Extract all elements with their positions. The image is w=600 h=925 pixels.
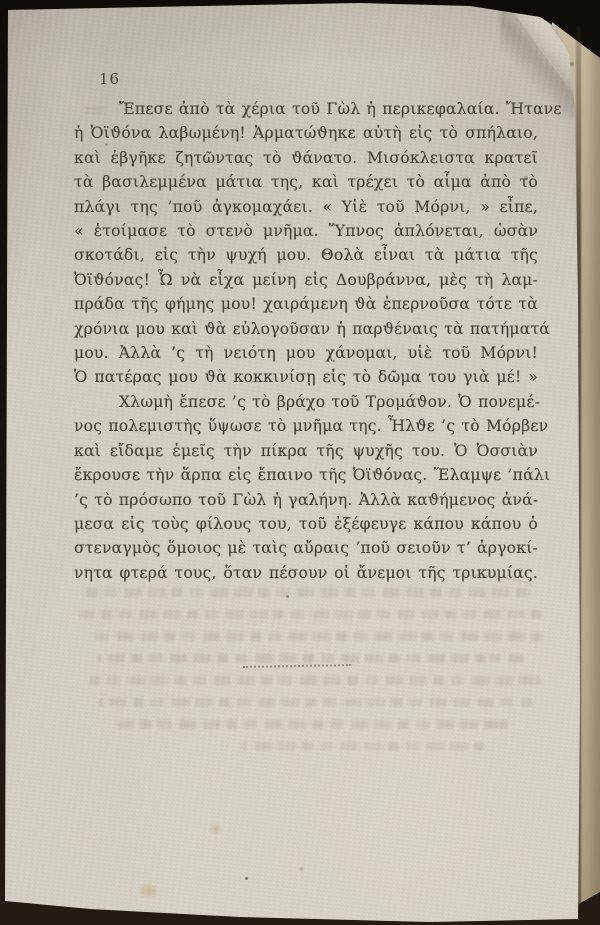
book-page: 16 Ἔπεσε ἀπὸ τὰ χέρια τοῦ Γὼλ ἡ περικεφα… xyxy=(0,0,600,925)
show-through-mark xyxy=(84,107,104,115)
foxing-stain xyxy=(298,866,305,872)
text-line: ἔκρουσε τὴν ἅρπα εἰς ἔπαινο τῆς Ὀϊϑόνας.… xyxy=(74,463,538,487)
text-line: « ἑτοίμασε τὸ στενὸ μνῆμα. Ὕπνος ἁπλόνετ… xyxy=(74,219,538,243)
show-through-line xyxy=(79,610,542,619)
show-through-line xyxy=(84,588,532,597)
text-line: πράδα τῆς φήμης μου! χαιράμενη ϑὰ ἐπερνο… xyxy=(74,292,538,316)
foxing-stain xyxy=(208,822,224,835)
text-line: μου. Ἀλλὰ ’ς τὴ νειότη μου χάνομαι, υἱὲ … xyxy=(74,341,538,365)
text-line: σκοτάδι, εἰς τὴν ψυχή μου. Θολὰ εἶναι τὰ… xyxy=(74,243,538,267)
show-through-block xyxy=(70,588,542,764)
show-through-line xyxy=(84,676,542,685)
text-line: στεναγμὸς ὅμοιος μὲ ταὶς αὔραις ’ποῦ σει… xyxy=(74,536,538,560)
show-through-line xyxy=(117,720,513,729)
text-line: τὰ βασιλεμμένα μάτια της, καὶ τρέχει τὸ … xyxy=(74,170,538,194)
text-block: Ἔπεσε ἀπὸ τὰ χέρια τοῦ Γὼλ ἡ περικεφαλαί… xyxy=(74,97,538,585)
ink-speck xyxy=(245,877,248,880)
show-through-line xyxy=(240,742,485,751)
text-line: Ὀϊϑόνας! Ὦ νὰ εἶχα μείνη εἰς Δουβράννα, … xyxy=(74,268,538,292)
show-through-line xyxy=(89,632,542,641)
text-line: Χλωμὴ ἔπεσε ’ς τὸ βράχο τοῦ Τρομάϑον. Ὁ … xyxy=(74,390,538,414)
text-line: Ἔπεσε ἀπὸ τὰ χέρια τοῦ Γὼλ ἡ περικεφαλαί… xyxy=(74,97,538,121)
text-line: πλάγι της ’ποῦ ἀγκομαχάει. « Υἱὲ τοῦ Μόρ… xyxy=(74,195,538,219)
show-through-line xyxy=(98,698,532,707)
text-line: μεσα εἰς τοὺς φίλους του, τοῦ ἐξέφευγε κ… xyxy=(74,512,538,536)
page-number: 16 xyxy=(99,70,120,88)
text-line: Ὁ πατέρας μου ϑὰ κοκκινίσῃ εἰς τὸ δῶμα τ… xyxy=(74,365,538,389)
text-line: χρόνια μου καὶ ϑὰ εὐλογοῦσαν ἡ παρϑέναις… xyxy=(74,317,538,341)
text-line: ἡ Ὀϊϑόνα λαβωμένη! Ἀρματώϑηκε αὐτὴ εἰς τ… xyxy=(74,121,538,145)
text-line: ’ς τὸ πρόσωπο τοῦ Γὼλ ἡ γαλήνη. Ἀλλὰ καϑ… xyxy=(74,488,538,512)
foxing-stain xyxy=(136,882,160,900)
book-photo: 16 Ἔπεσε ἀπὸ τὰ χέρια τοῦ Γὼλ ἡ περικεφα… xyxy=(0,0,600,925)
text-line: νος πολεμιστὴς ὕψωσε τὸ μνῆμα της. Ἦλϑε … xyxy=(74,414,538,438)
text-line: καὶ ἐβγῆκε ζητῶντας τὸ ϑάνατο. Μισόκλεισ… xyxy=(74,146,538,170)
text-line: καὶ εἴδαμε ἐμεῖς τὴν πίκρα τῆς ψυχῆς του… xyxy=(74,439,538,463)
